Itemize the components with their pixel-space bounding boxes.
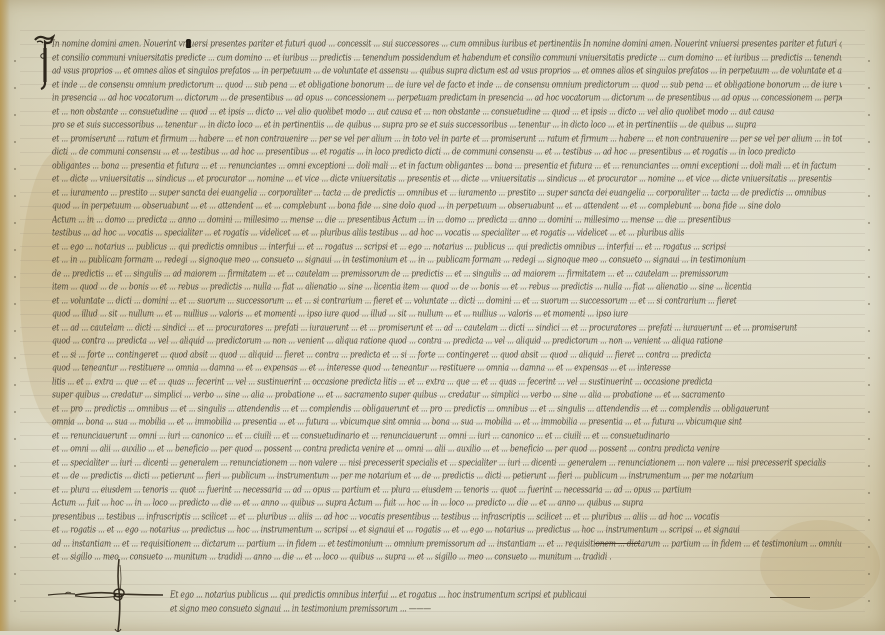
prick-mark <box>14 60 16 62</box>
prick-mark <box>868 87 870 89</box>
prick-mark <box>868 60 870 62</box>
charter-text-line: presentibus ... testibus ... infrascript… <box>52 510 842 524</box>
script-text: Actum ... fuit ... hoc ... in ... loco .… <box>52 496 643 510</box>
charter-text-line: quod ... contra ... predicta ... vel ...… <box>52 334 842 348</box>
charter-text-line: et ... voluntate ... dicti ... domini ..… <box>52 294 842 308</box>
charter-text-line: et ... si ... forte ... contingeret ... … <box>52 348 842 362</box>
prick-mark <box>14 357 16 359</box>
prick-mark <box>14 492 16 494</box>
line-end-stroke <box>595 543 640 544</box>
prick-mark <box>14 303 16 305</box>
charter-text-line: et consilio communi vniuersitatis predic… <box>52 51 842 65</box>
script-text: et ... voluntate ... dicti ... domini ..… <box>52 294 737 308</box>
script-text: testibus ... ad hoc ... vocatis ... spec… <box>52 226 684 240</box>
script-text: omnia ... bona ... sua ... mobilia ... e… <box>52 415 742 429</box>
prick-mark <box>14 519 16 521</box>
script-text: quod ... teneantur ... restituere ... om… <box>52 361 671 375</box>
charter-text-line: et ... iuramento ... prestito ... super … <box>52 186 842 200</box>
subscription-line: et signo meo consueto signaui ... in tes… <box>170 602 455 616</box>
notary-subscription: Et ego ... notarius publicus ... qui pre… <box>170 588 870 616</box>
prick-mark <box>868 195 870 197</box>
prick-mark <box>868 492 870 494</box>
charter-text-line: In nomine domini amen. Nouerint vniuersi… <box>52 37 842 51</box>
charter-text-line: et ... pro ... predictis ... omnibus ...… <box>52 402 842 416</box>
script-text: ad ... instantiam ... et ... requisition… <box>52 537 842 551</box>
script-text: ad vsus proprios ... et omnes alios et s… <box>52 64 842 78</box>
script-text: et ... ad ... cautelam ... dicti ... sin… <box>52 321 797 335</box>
script-text: et ... iuramento ... prestito ... super … <box>52 186 826 200</box>
script-text: et ... pro ... predictis ... omnibus ...… <box>52 402 769 416</box>
script-text: obligantes ... bona ... presentia et fut… <box>52 159 836 173</box>
script-text: quod ... contra ... predicta ... vel ...… <box>52 334 723 348</box>
script-text: super quibus ... credatur ... simplici .… <box>52 388 725 402</box>
prick-mark <box>14 330 16 332</box>
prick-mark <box>14 438 16 440</box>
script-text: pro se et suis successoribus ... tenentu… <box>52 118 756 132</box>
charter-text-line: et ... de ... predictis ... dicti ... pe… <box>52 469 842 483</box>
charter-text-line: item ... quod ... de ... bonis ... et ..… <box>52 280 842 294</box>
script-text: et ... rogatis ... et ... ego ... notari… <box>52 523 740 537</box>
prick-mark <box>868 303 870 305</box>
prick-mark <box>14 114 16 116</box>
script-text: Actum ... in ... domo ... predicta ... a… <box>52 213 731 227</box>
prick-mark <box>868 546 870 548</box>
charter-text-line: super quibus ... credatur ... simplici .… <box>52 388 842 402</box>
charter-text-line: et ... promiserunt ... ratum et firmum .… <box>52 132 842 146</box>
charter-text-line: dicti ... de communi consensu ... et ...… <box>52 145 842 159</box>
prick-mark <box>14 195 16 197</box>
prick-mark <box>14 600 16 602</box>
charter-text-line: quod ... in perpetuum ... obseruabunt ..… <box>52 199 842 213</box>
subscription-line: Et ego ... notarius publicus ... qui pre… <box>170 588 770 602</box>
script-text: et ... omni ... alii ... auxilio ... et … <box>52 442 720 456</box>
charter-text-line: obligantes ... bona ... presentia et fut… <box>52 159 842 173</box>
prick-mark <box>14 384 16 386</box>
notarial-signum-icon <box>45 555 165 631</box>
charter-text-line: et ... renunciauerunt ... omni ... iuri … <box>52 429 842 443</box>
parchment-edge-stain <box>0 0 10 631</box>
prick-mark <box>868 519 870 521</box>
charter-text-line: ad ... instantiam ... et ... requisition… <box>52 537 842 551</box>
charter-text-line: pro se et suis successoribus ... tenentu… <box>52 118 842 132</box>
charter-body-text: In nomine domini amen. Nouerint vniuersi… <box>52 37 842 564</box>
charter-text-line: et ... dicte ... vniuersitatis ... sindi… <box>52 172 842 186</box>
charter-text-line: quod ... illud ... sit ... nullum ... et… <box>52 307 842 321</box>
prick-mark <box>14 222 16 224</box>
charter-text-line: et ... non obstante ... consuetudine ...… <box>52 105 842 119</box>
script-text: et inde ... de consensu omnium predictor… <box>52 78 842 92</box>
charter-text-line: et ... ego ... notarius ... publicus ...… <box>52 240 842 254</box>
prick-mark <box>868 357 870 359</box>
prick-mark <box>868 114 870 116</box>
charter-text-line: et inde ... de consensu omnium predictor… <box>52 78 842 92</box>
line-end-stroke <box>770 597 810 598</box>
charter-text-line: de ... predictis ... et ... singulis ...… <box>52 267 842 281</box>
prick-mark <box>868 249 870 251</box>
prick-mark <box>14 276 16 278</box>
prick-mark <box>868 465 870 467</box>
script-text: et signo meo consueto signaui ... in tes… <box>170 602 431 616</box>
script-text: litis ... et ... extra ... que ... et ..… <box>52 375 712 389</box>
prick-mark <box>14 141 16 143</box>
charter-text-line: et ... in ... publicam formam ... redegi… <box>52 253 842 267</box>
charter-text-line: ad vsus proprios ... et omnes alios et s… <box>52 64 842 78</box>
ruling-line <box>20 30 865 31</box>
charter-text-line: quod ... teneantur ... restituere ... om… <box>52 361 842 375</box>
script-text: et ... non obstante ... consuetudine ...… <box>52 105 774 119</box>
charter-text-line: in presencia ... ad hoc vocatorum ... di… <box>52 91 842 105</box>
prick-mark <box>868 141 870 143</box>
prick-mark <box>14 465 16 467</box>
script-text: et ... promiserunt ... ratum et firmum .… <box>52 132 842 146</box>
prick-mark <box>868 330 870 332</box>
script-text: et ... in ... publicam formam ... redegi… <box>52 253 746 267</box>
prick-mark <box>14 168 16 170</box>
script-text: et ... si ... forte ... contingeret ... … <box>52 348 711 362</box>
prick-mark <box>14 573 16 575</box>
prick-mark <box>868 168 870 170</box>
script-text: et ... renunciauerunt ... omni ... iuri … <box>52 429 670 443</box>
prick-mark <box>14 87 16 89</box>
script-text: In nomine domini amen. Nouerint vniuersi… <box>52 37 842 51</box>
script-text: in presencia ... ad hoc vocatorum ... di… <box>52 91 842 105</box>
script-text: et ... dicte ... vniuersitatis ... sindi… <box>52 172 832 186</box>
charter-text-line: et ... ad ... cautelam ... dicti ... sin… <box>52 321 842 335</box>
script-text: Et ego ... notarius publicus ... qui pre… <box>170 588 587 602</box>
script-text: de ... predictis ... et ... singulis ...… <box>52 267 728 281</box>
script-text: item ... quod ... de ... bonis ... et ..… <box>52 280 752 294</box>
script-text: dicti ... de communi consensu ... et ...… <box>52 145 795 159</box>
script-text: quod ... in perpetuum ... obseruabunt ..… <box>52 199 780 213</box>
charter-text-line: et ... specialiter ... iuri ... dicenti … <box>52 456 842 470</box>
script-text: et consilio communi vniuersitatis predic… <box>52 51 842 65</box>
charter-text-line: testibus ... ad hoc ... vocatis ... spec… <box>52 226 842 240</box>
charter-text-line: et ... omni ... alii ... auxilio ... et … <box>52 442 842 456</box>
charter-text-line: Actum ... in ... domo ... predicta ... a… <box>52 213 842 227</box>
script-text: quod ... illud ... sit ... nullum ... et… <box>52 307 628 321</box>
charter-text-line: omnia ... bona ... sua ... mobilia ... e… <box>52 415 842 429</box>
prick-mark <box>14 411 16 413</box>
prick-mark <box>14 546 16 548</box>
prick-mark <box>868 411 870 413</box>
prick-mark <box>868 222 870 224</box>
script-text: et ... de ... predictis ... dicti ... pe… <box>52 469 753 483</box>
prick-mark <box>868 573 870 575</box>
charter-text-line: et ... rogatis ... et ... ego ... notari… <box>52 523 842 537</box>
charter-text-line: litis ... et ... extra ... que ... et ..… <box>52 375 842 389</box>
script-text: et ... ego ... notarius ... publicus ...… <box>52 240 726 254</box>
prick-mark <box>868 384 870 386</box>
script-text: et ... specialiter ... iuri ... dicenti … <box>52 456 826 470</box>
prick-mark <box>868 438 870 440</box>
charter-text-line: Actum ... fuit ... hoc ... in ... loco .… <box>52 496 842 510</box>
charter-text-line: et ... plura ... eiusdem ... tenoris ...… <box>52 483 842 497</box>
prick-mark <box>868 276 870 278</box>
script-text: et ... plura ... eiusdem ... tenoris ...… <box>52 483 691 497</box>
script-text: presentibus ... testibus ... infrascript… <box>52 510 719 524</box>
prick-mark <box>14 249 16 251</box>
